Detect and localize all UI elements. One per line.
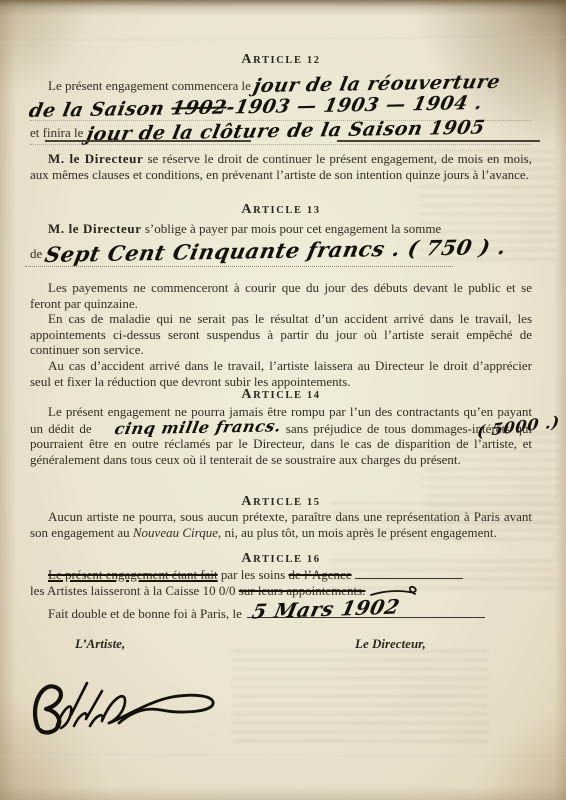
- sickness-paragraph: En cas de maladie qui ne serait pas le r…: [30, 311, 532, 358]
- directeur-lead: M. le Directeur: [48, 221, 142, 236]
- ruled-line: [337, 140, 540, 142]
- article-15-heading: Article 15: [30, 494, 532, 510]
- article-12-heading: Article 12: [30, 52, 532, 68]
- verso-bleed-through: [232, 650, 488, 742]
- paper-crease: [0, 36, 566, 42]
- contract-page: Article 12 Le présent engagement commenc…: [0, 0, 566, 800]
- directeur-lead: M. le Directeur: [48, 151, 143, 166]
- printed-de: de: [30, 246, 42, 261]
- article-13-body: M. le Directeur s’oblige à payer par moi…: [30, 221, 532, 271]
- venue-name: Nouveau Cirque: [133, 525, 218, 540]
- artist-label: L’Artiste,: [75, 636, 125, 652]
- article-15-body: Aucun artiste ne pourra, sous aucun prét…: [30, 509, 532, 540]
- director-label: Le Directeur,: [355, 636, 426, 652]
- paper-crease: [0, 754, 566, 759]
- payments-paragraph: Les payements ne commenceront à courir q…: [30, 280, 532, 311]
- closing-printed-text: Fait double et de bonne foi à Paris, le: [48, 606, 242, 621]
- struck-year: 1902: [169, 97, 228, 120]
- ruled-line-dotted: [25, 266, 453, 267]
- article-12-printed-end: et finira le: [30, 125, 83, 140]
- closing-line: Fait double et de bonne foi à Paris, le …: [30, 599, 532, 625]
- article-16-body: Le présent engagement étant fait par les…: [30, 566, 532, 600]
- handwritten-monthly-amount: Sept Cent Cinquante francs . ( 750 ) .: [43, 236, 508, 265]
- article-12-printed-start: Le présent engagement commencera le: [48, 78, 251, 93]
- struck-agency-text: de l’Agence: [288, 567, 351, 582]
- article-14-heading: Article 14: [30, 387, 532, 403]
- struck-clause-text: Le présent engagement étant fait: [48, 567, 218, 582]
- ruled-line: [45, 140, 251, 142]
- renewal-paragraph: M. le Directeur se réserve le droit de c…: [30, 151, 532, 182]
- article-16-heading: Article 16: [30, 551, 532, 567]
- struck-commission-text: sur leurs appointements.: [239, 583, 366, 598]
- blank-agency-line: [355, 566, 463, 579]
- handwritten-date: 5 Mars 1902: [250, 596, 401, 621]
- accident-paragraph: Au cas d’accident arrivé dans le travail…: [30, 358, 532, 389]
- date-underline: 5 Mars 1902: [247, 599, 485, 618]
- article-13-heading: Article 13: [30, 202, 532, 218]
- article-12-body: Le présent engagement commencera le jour…: [30, 74, 532, 145]
- article-14-body: Le présent engagement ne pourra jamais ê…: [30, 404, 532, 467]
- artist-signature: [22, 670, 232, 750]
- handwritten-penalty-amount: cinq mille francs.: [95, 418, 283, 437]
